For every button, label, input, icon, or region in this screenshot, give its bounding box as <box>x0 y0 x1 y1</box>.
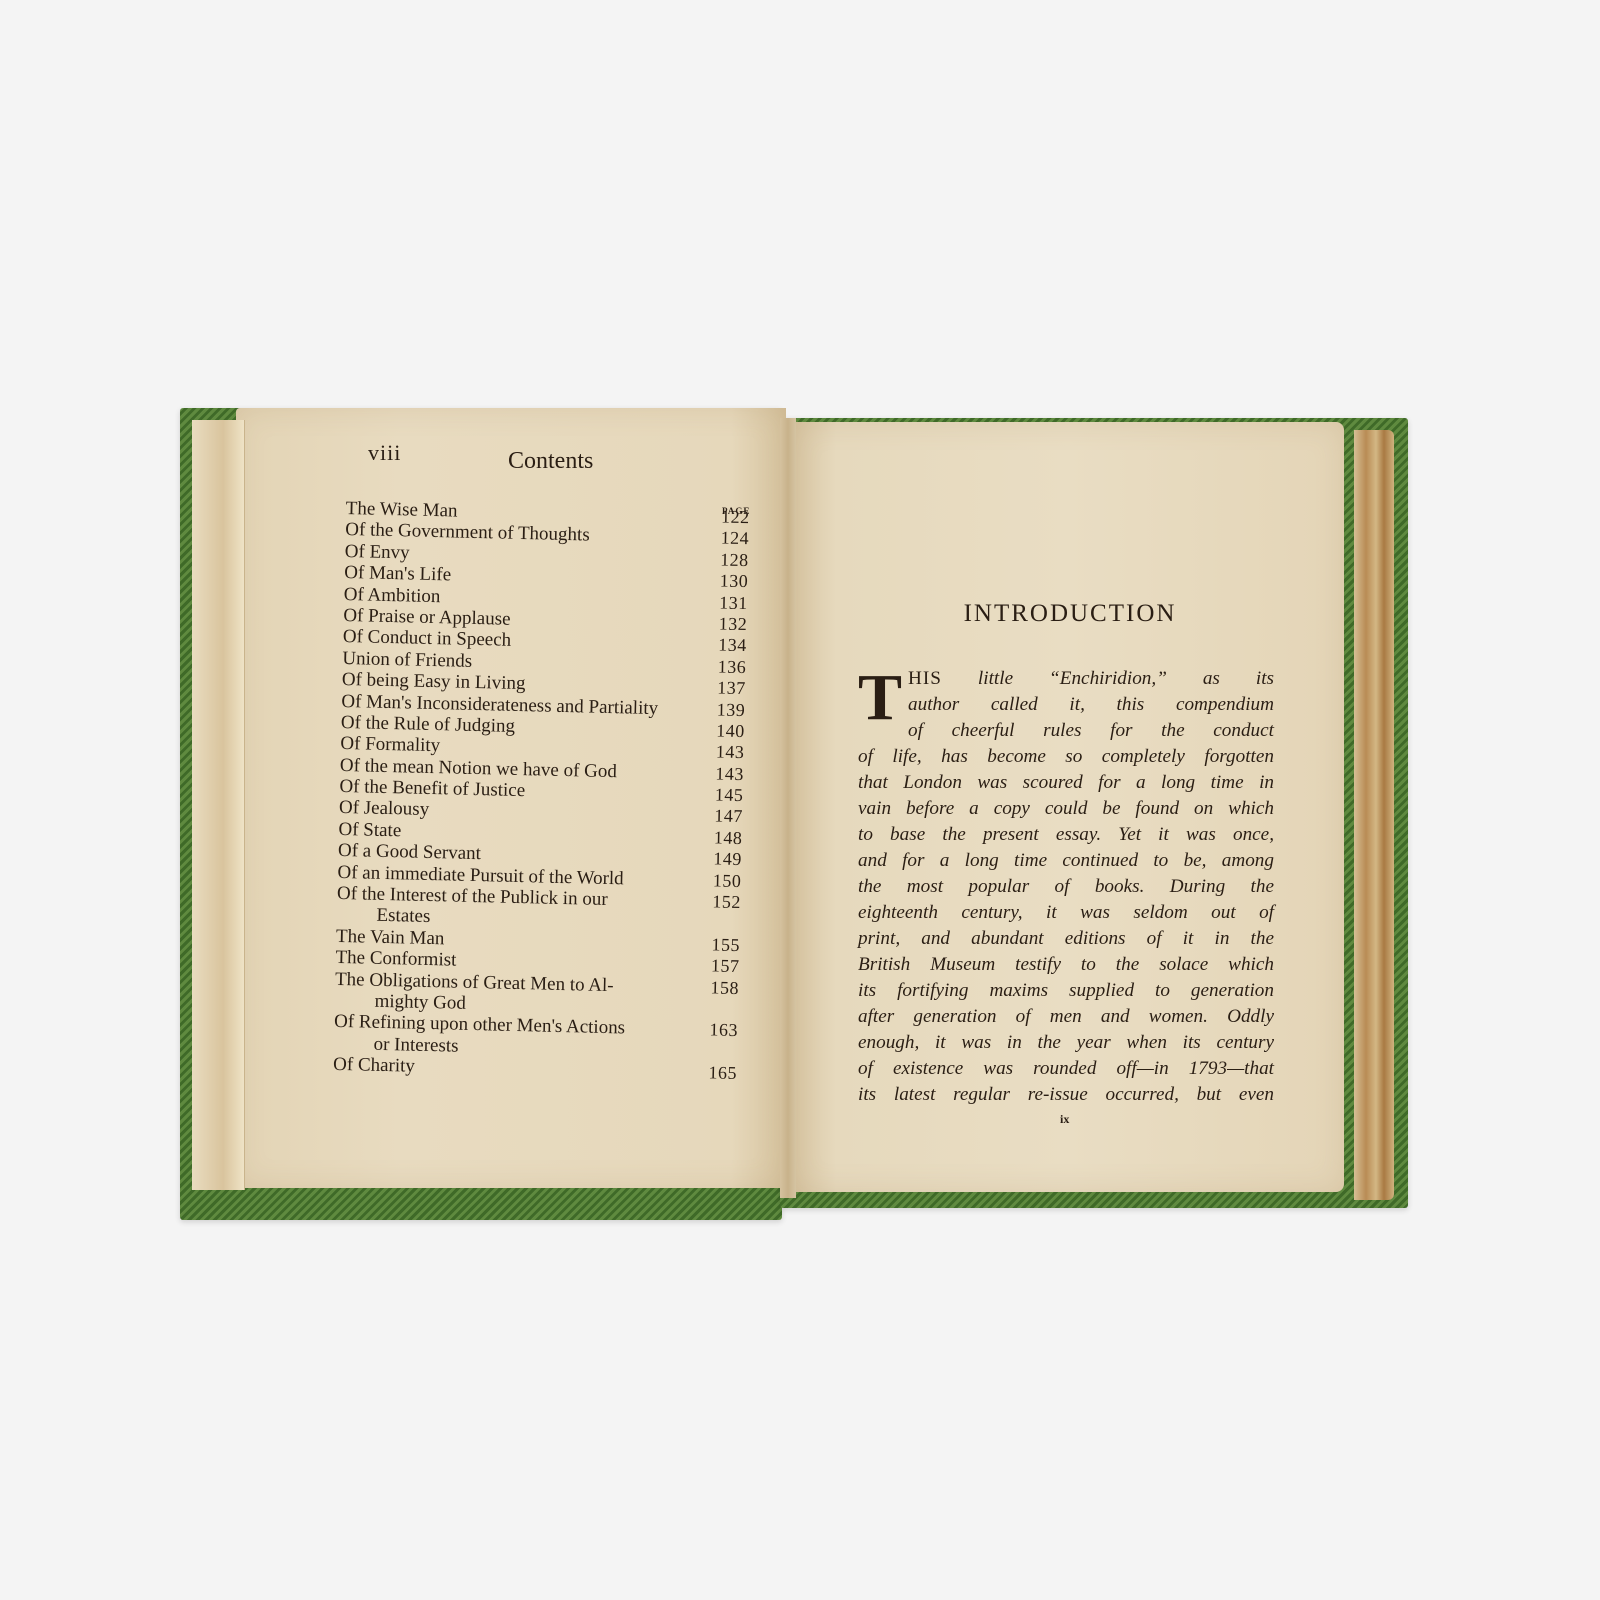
toc-entry-page: 124 <box>705 528 749 550</box>
toc-entry-page: 157 <box>695 955 739 977</box>
toc-entry-page: 145 <box>699 784 743 806</box>
left-page-number: viii <box>368 440 401 466</box>
toc-entry-page: 139 <box>701 699 745 721</box>
toc-entry-page: 149 <box>698 848 742 870</box>
toc-entry-page: 163 <box>694 1019 738 1041</box>
contents-heading: Contents <box>508 448 593 475</box>
intro-line: of cheerful rules for the conduct <box>858 718 1274 744</box>
intro-line: author called it, this compendium <box>858 692 1274 718</box>
intro-line: its fortifying maxims supplied to genera… <box>858 978 1274 1004</box>
toc-entry-page: 122 <box>705 506 749 528</box>
drop-cap: T <box>858 672 902 724</box>
toc-entry-page: 128 <box>704 549 748 571</box>
intro-line: of life, has become so completely forgot… <box>858 744 1274 770</box>
intro-line: eighteenth century, it was seldom out of <box>858 900 1274 926</box>
table-of-contents: The Wise Man122Of the Government of Thou… <box>333 498 750 1085</box>
toc-entry-page: 136 <box>702 656 746 678</box>
intro-line: and for a long time continued to be, amo… <box>858 848 1274 874</box>
toc-entry-page: 140 <box>701 720 745 742</box>
toc-entry-page: 131 <box>703 592 747 614</box>
toc-entry-page: 148 <box>698 827 742 849</box>
intro-line: HIS little “Enchiridion,” as its <box>858 666 1274 692</box>
intro-line: the most popular of books. During the <box>858 874 1274 900</box>
introduction-heading: INTRODUCTION <box>860 600 1280 628</box>
left-page-edges <box>192 420 245 1190</box>
intro-line: of existence was rounded off—in 1793—tha… <box>858 1056 1274 1082</box>
toc-entry-page: 155 <box>696 934 740 956</box>
intro-line: enough, it was in the year when its cent… <box>858 1030 1274 1056</box>
toc-entry-page: 152 <box>697 891 741 913</box>
toc-entry-page: 150 <box>697 870 741 892</box>
toc-entry-page: 137 <box>702 677 746 699</box>
toc-entry-page: 165 <box>693 1062 737 1084</box>
toc-entry-page: 130 <box>704 570 748 592</box>
toc-entry-page: 158 <box>695 977 739 999</box>
introduction-text: T HIS little “Enchiridion,” as its autho… <box>858 666 1274 1108</box>
intro-line: after generation of men and women. Oddly <box>858 1004 1274 1030</box>
intro-line: to base the present essay. Yet it was on… <box>858 822 1274 848</box>
right-page-edges <box>1354 430 1394 1200</box>
right-page-number: ix <box>1060 1112 1069 1127</box>
toc-entry-page: 132 <box>703 613 747 635</box>
toc-entry-page: 143 <box>700 741 744 763</box>
intro-line: vain before a copy could be found on whi… <box>858 796 1274 822</box>
intro-line: British Museum testify to the solace whi… <box>858 952 1274 978</box>
toc-entry-page: 143 <box>700 763 744 785</box>
intro-line: print, and abundant editions of it in th… <box>858 926 1274 952</box>
book-gutter <box>780 418 796 1198</box>
toc-entry-page: 134 <box>703 634 747 656</box>
toc-entry-page: 147 <box>699 806 743 828</box>
intro-line: that London was scoured for a long time … <box>858 770 1274 796</box>
intro-line: its latest regular re-issue occurred, bu… <box>858 1082 1274 1108</box>
